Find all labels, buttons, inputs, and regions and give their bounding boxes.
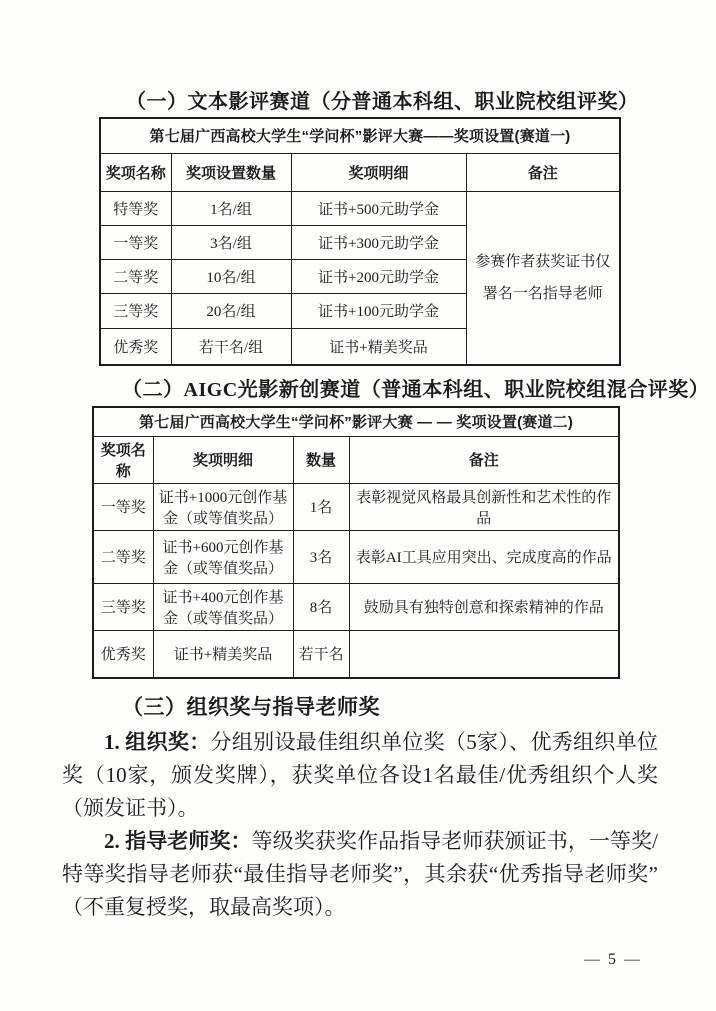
track1-table-title: 第七届广西高校大学生“学问杯”影评大赛——奖项设置(赛道一): [100, 118, 620, 153]
award-name-cell: 优秀奖: [100, 328, 171, 365]
column-header-remark: 备注: [349, 436, 619, 483]
remark-cell: 表彰AI工具应用突出、完成度高的作品: [349, 530, 619, 583]
organization-award-paragraph: 1. 组织奖：分组别设最佳组织单位奖（5家）、优秀组织单位奖（10家，颁发奖牌）…: [62, 726, 658, 825]
paragraph-lead: 1. 组织奖：: [104, 730, 211, 754]
table-row: 二等奖 证书+600元创作基金（或等值奖品） 3名 表彰AI工具应用突出、完成度…: [93, 530, 619, 583]
column-header-remark: 备注: [466, 153, 620, 191]
award-detail-cell: 证书+精美奖品: [153, 630, 293, 678]
column-header-award-detail: 奖项明细: [153, 436, 293, 483]
track2-award-table: 第七届广西高校大学生“学问杯”影评大赛 — — 奖项设置(赛道二) 奖项名称 奖…: [92, 406, 620, 679]
award-name-cell: 优秀奖: [93, 630, 153, 678]
table-row: 优秀奖 证书+精美奖品 若干名: [93, 630, 619, 678]
award-quantity-cell: 1名: [293, 483, 349, 530]
award-detail-cell: 证书+1000元创作基金（或等值奖品）: [153, 483, 293, 530]
award-name-cell: 一等奖: [93, 483, 153, 530]
table-row: 三等奖 证书+400元创作基金（或等值奖品） 8名 鼓励具有独特创意和探索精神的…: [93, 583, 619, 630]
award-detail-cell: 证书+100元助学金: [291, 293, 466, 328]
award-detail-cell: 证书+400元创作基金（或等值奖品）: [153, 583, 293, 630]
award-quantity-cell: 10名/组: [171, 259, 291, 293]
column-header-award-detail: 奖项明细: [291, 153, 466, 191]
award-detail-cell: 证书+300元助学金: [291, 225, 466, 259]
award-detail-cell: 证书+200元助学金: [291, 259, 466, 293]
award-detail-cell: 证书+600元创作基金（或等值奖品）: [153, 530, 293, 583]
track1-award-table: 第七届广西高校大学生“学问杯”影评大赛——奖项设置(赛道一) 奖项名称 奖项设置…: [99, 117, 621, 366]
page-number: — 5 —: [584, 951, 642, 969]
award-quantity-cell: 3名: [293, 530, 349, 583]
table-row: 特等奖 1名/组 证书+500元助学金 参赛作者获奖证书仅署名一名指导老师: [100, 191, 620, 225]
column-header-award-name: 奖项名称: [100, 153, 171, 191]
award-quantity-cell: 若干名: [293, 630, 349, 678]
award-quantity-cell: 若干名/组: [171, 328, 291, 365]
award-quantity-cell: 1名/组: [171, 191, 291, 225]
remark-cell: [349, 630, 619, 678]
award-quantity-cell: 3名/组: [171, 225, 291, 259]
column-header-award-name: 奖项名称: [93, 436, 153, 483]
table-row: 一等奖 证书+1000元创作基金（或等值奖品） 1名 表彰视觉风格最具创新性和艺…: [93, 483, 619, 530]
award-name-cell: 特等奖: [100, 191, 171, 225]
column-header-quantity: 数量: [293, 436, 349, 483]
section-2-heading: （二）AIGC光影新创赛道（普通本科组、职业院校组混合评奖）: [122, 378, 716, 403]
award-name-cell: 二等奖: [93, 530, 153, 583]
award-quantity-cell: 8名: [293, 583, 349, 630]
column-header-award-quantity: 奖项设置数量: [171, 153, 291, 191]
section-1-heading: （一）文本影评赛道（分普通本科组、职业院校组评奖）: [126, 90, 716, 115]
remark-cell: 表彰视觉风格最具创新性和艺术性的作品: [349, 483, 619, 530]
award-name-cell: 二等奖: [100, 259, 171, 293]
remark-cell: 鼓励具有独特创意和探索精神的作品: [349, 583, 619, 630]
track2-table-title: 第七届广西高校大学生“学问杯”影评大赛 — — 奖项设置(赛道二): [93, 407, 619, 436]
award-detail-cell: 证书+精美奖品: [291, 328, 466, 365]
award-quantity-cell: 20名/组: [171, 293, 291, 328]
award-name-cell: 一等奖: [100, 225, 171, 259]
award-detail-cell: 证书+500元助学金: [291, 191, 466, 225]
award-name-cell: 三等奖: [93, 583, 153, 630]
track2-header-row: 奖项名称 奖项明细 数量 备注: [93, 436, 619, 483]
track1-header-row: 奖项名称 奖项设置数量 奖项明细 备注: [100, 153, 620, 191]
mentor-award-paragraph: 2. 指导老师奖：等级奖获奖作品指导老师获颁证书，一等奖/特等奖指导老师获“最佳…: [62, 825, 658, 924]
section-3-heading: （三）组织奖与指导老师奖: [122, 695, 716, 720]
document-page: （一）文本影评赛道（分普通本科组、职业院校组评奖） 第七届广西高校大学生“学问杯…: [0, 0, 716, 1011]
paragraph-lead: 2. 指导老师奖：: [104, 829, 252, 853]
award-name-cell: 三等奖: [100, 293, 171, 328]
remark-merged-cell: 参赛作者获奖证书仅署名一名指导老师: [466, 191, 620, 365]
